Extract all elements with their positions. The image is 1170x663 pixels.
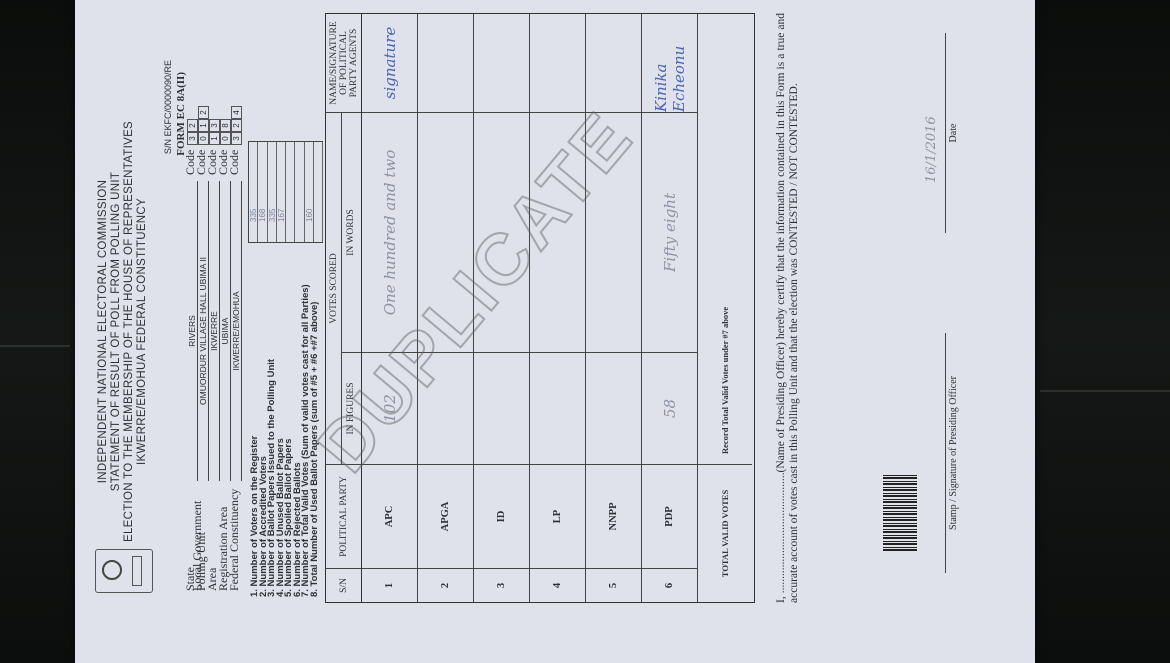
code-digit: 0 bbox=[198, 132, 209, 145]
code-digit: 2 bbox=[187, 119, 198, 132]
row-party: ID bbox=[474, 464, 529, 568]
floor-tile-line bbox=[1040, 390, 1170, 392]
row-figures bbox=[530, 352, 585, 464]
org-name: INDEPENDENT NATIONAL ELECTORAL COMMISSIO… bbox=[97, 0, 110, 663]
header-line-3: ELECTION TO THE MEMBERSHIP OF THE HOUSE … bbox=[123, 0, 136, 663]
table-row: 6 PDP 58 Fifty eight Kinika Echeonu bbox=[642, 14, 698, 602]
row-sn: 1 bbox=[362, 568, 417, 602]
row-figures: 58 bbox=[642, 352, 697, 464]
row-sn: 3 bbox=[474, 568, 529, 602]
row-sn: 6 bbox=[642, 568, 697, 602]
ballot-item-value bbox=[286, 142, 295, 242]
field-row: Federal ConstituencyIKWERRE/EMOHUACode32… bbox=[231, 31, 242, 591]
stamp-signature-label: Stamp / Signature of Presiding Officer bbox=[945, 333, 959, 573]
total-label: TOTAL VALID VOTES bbox=[698, 464, 752, 602]
ballot-items-list: 1. Number of Voters on the Register2. Nu… bbox=[251, 37, 319, 597]
col-words: IN WORDS bbox=[342, 113, 361, 352]
field-value: UBIMA bbox=[220, 181, 231, 481]
row-party: LP bbox=[530, 464, 585, 568]
form-number: FORM EC 8A(II) bbox=[175, 72, 187, 156]
code-boxes: 32 bbox=[187, 119, 198, 145]
ballot-item-value: 168 bbox=[258, 142, 267, 242]
table-header: S/N POLITICAL PARTY VOTES SCORED IN FIGU… bbox=[326, 14, 362, 602]
total-row: TOTAL VALID VOTES Record Total Valid Vot… bbox=[698, 14, 752, 602]
barcode bbox=[883, 473, 917, 551]
field-value: IKWERRE bbox=[209, 181, 220, 481]
date-label: 16/1/2016 Date bbox=[945, 33, 959, 233]
row-words: Fifty eight bbox=[642, 112, 697, 352]
total-note: Record Total Valid Votes under #7 above bbox=[698, 14, 752, 464]
row-agent-signature: signature bbox=[362, 14, 417, 112]
certification-text: I, .....................................… bbox=[775, 13, 801, 603]
ballot-item-value bbox=[295, 142, 304, 242]
date-label-text: Date bbox=[948, 124, 959, 143]
row-agent-signature: Kinika Echeonu bbox=[642, 14, 697, 112]
field-value: OMUORDUR VILLAGE HALL UBIMA II bbox=[198, 181, 209, 481]
row-party: APGA bbox=[418, 464, 473, 568]
row-agent-signature bbox=[530, 14, 585, 112]
code-boxes: 324 bbox=[231, 106, 242, 145]
code-digit: 1 bbox=[209, 132, 220, 145]
code-label: Code bbox=[227, 145, 242, 175]
ballot-item-label: 8. Total Number of Used Ballot Papers (s… bbox=[311, 37, 320, 597]
ballot-item-value: 335 bbox=[249, 142, 258, 242]
col-sn: S/N bbox=[326, 568, 361, 602]
serial-number: S/N EKFC/0000090/RE bbox=[163, 60, 173, 154]
code-digit: 2 bbox=[198, 106, 209, 119]
col-agent: NAME/SIGNATURE OF POLITICAL PARTY AGENTS bbox=[326, 14, 361, 112]
code-boxes: 012 bbox=[198, 106, 209, 145]
row-sn: 4 bbox=[530, 568, 585, 602]
row-sn: 5 bbox=[586, 568, 641, 602]
floor-tile-line bbox=[0, 345, 70, 347]
code-digit: 8 bbox=[220, 119, 231, 132]
field-label: Federal Constituency bbox=[227, 481, 242, 591]
ballot-item-value: 160 bbox=[305, 142, 314, 242]
ballot-item-value bbox=[314, 142, 323, 242]
code-digit: 4 bbox=[231, 106, 242, 119]
code-boxes: 13 bbox=[209, 119, 220, 145]
table-row: 4 LP bbox=[530, 14, 586, 602]
row-party: PDP bbox=[642, 464, 697, 568]
ballot-item-value: 167 bbox=[277, 142, 286, 242]
field-value: RIVERS bbox=[187, 181, 198, 481]
location-fields: StateRIVERSCode32Polling UnitOMUORDUR VI… bbox=[187, 31, 242, 591]
row-sn: 2 bbox=[418, 568, 473, 602]
row-figures bbox=[474, 352, 529, 464]
code-boxes: 08 bbox=[220, 119, 231, 145]
ballot-item-value: 335 bbox=[268, 142, 277, 242]
code-digit: 3 bbox=[209, 119, 220, 132]
row-party: NNPP bbox=[586, 464, 641, 568]
date-value: 16/1/2016 bbox=[924, 116, 939, 183]
row-agent-signature bbox=[474, 14, 529, 112]
header-line-4: IKWERRE/EMOHUA FEDERAL CONSTITUENCY bbox=[136, 0, 149, 663]
ballot-items-values: 335168335167160 bbox=[248, 141, 323, 243]
header-line-2: STATEMENT OF RESULT OF POLL FROM POLLING… bbox=[110, 0, 123, 663]
code-digit: 1 bbox=[198, 119, 209, 132]
form-header: INDEPENDENT NATIONAL ELECTORAL COMMISSIO… bbox=[97, 0, 149, 663]
code-digit: 2 bbox=[231, 119, 242, 132]
certification-prefix: I, .....................................… bbox=[775, 472, 787, 603]
field-value: IKWERRE/EMOHUA bbox=[231, 181, 242, 481]
row-figures bbox=[586, 352, 641, 464]
row-agent-signature bbox=[586, 14, 641, 112]
code-digit: 3 bbox=[187, 132, 198, 145]
code-digit: 3 bbox=[231, 132, 242, 145]
result-form: INDEPENDENT NATIONAL ELECTORAL COMMISSIO… bbox=[75, 0, 1035, 663]
row-agent-signature bbox=[418, 14, 473, 112]
votes-table: S/N POLITICAL PARTY VOTES SCORED IN FIGU… bbox=[325, 13, 755, 603]
code-digit: 0 bbox=[220, 132, 231, 145]
